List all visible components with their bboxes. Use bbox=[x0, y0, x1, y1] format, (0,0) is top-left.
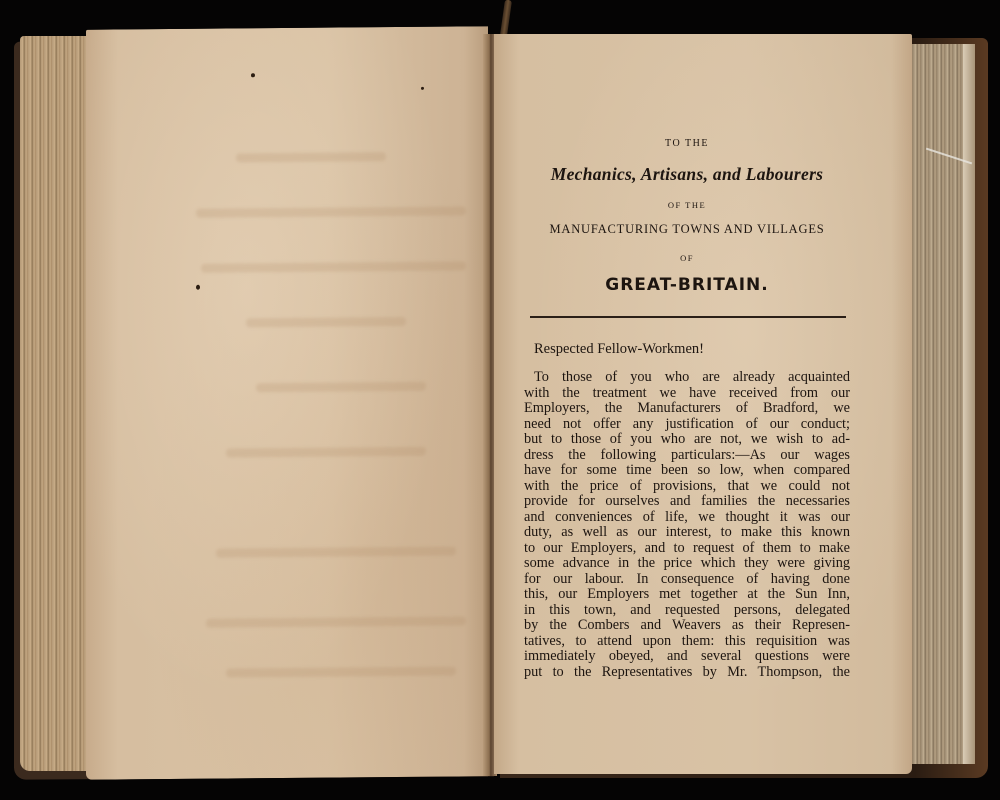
body-line: but to those of you who are not, we wish… bbox=[524, 432, 850, 448]
salutation: Respected Fellow-Workmen! bbox=[524, 341, 850, 358]
body-line: duty, as well as our interest, to make t… bbox=[524, 525, 850, 541]
body-line: provide for ourselves and families the n… bbox=[524, 494, 850, 510]
left-page-edges bbox=[20, 36, 92, 771]
book-photo: TO THE Mechanics, Artisans, and Labourer… bbox=[0, 0, 1000, 800]
heading-rule bbox=[530, 316, 846, 318]
body-line: to our Employers, and to request of them… bbox=[524, 541, 850, 557]
right-page: TO THE Mechanics, Artisans, and Labourer… bbox=[494, 34, 912, 774]
body-line: this, our Employers met together at the … bbox=[524, 587, 850, 603]
body-line: dress the following particulars:—As our … bbox=[524, 448, 850, 464]
body-line: in this town, and requested persons, del… bbox=[524, 603, 850, 619]
show-through-text bbox=[236, 152, 386, 162]
show-through-text bbox=[206, 616, 466, 627]
body-line: with the treatment we have received from… bbox=[524, 386, 850, 402]
body-line: some advance in the price which they wer… bbox=[524, 556, 850, 572]
heading-of-the: OF THE bbox=[524, 200, 850, 210]
body-line: with the price of provisions, that we co… bbox=[524, 479, 850, 495]
ink-spot bbox=[251, 73, 255, 77]
ink-spot bbox=[421, 87, 424, 90]
body-line: immediately obeyed, and several question… bbox=[524, 649, 850, 665]
body-line: and conveniences of life, we thought it … bbox=[524, 510, 850, 526]
heading-great-britain: GREAT-BRITAIN. bbox=[524, 275, 850, 295]
show-through-text bbox=[226, 447, 426, 458]
show-through-text bbox=[246, 317, 406, 327]
show-through-text bbox=[256, 382, 426, 392]
heading-of: OF bbox=[524, 253, 850, 263]
body-line: for our labour. In consequence of having… bbox=[524, 572, 850, 588]
ink-spot bbox=[196, 285, 200, 290]
heading-manufacturing: MANUFACTURING TOWNS AND VILLAGES bbox=[524, 222, 850, 237]
body-line: put to the Representatives by Mr. Thomps… bbox=[524, 665, 850, 681]
body-line: need not offer any justification of our … bbox=[524, 417, 850, 433]
show-through-text bbox=[216, 547, 456, 558]
heading-to-the: TO THE bbox=[524, 138, 850, 149]
body-line: by the Combers and Weavers as their Repr… bbox=[524, 618, 850, 634]
show-through-text bbox=[226, 667, 456, 678]
left-page bbox=[86, 26, 488, 780]
body-line: Employers, the Manufacturers of Bradford… bbox=[524, 401, 850, 417]
show-through-text bbox=[196, 206, 466, 217]
body-line: To those of you who are already acquaint… bbox=[524, 370, 850, 386]
show-through-text bbox=[201, 261, 466, 272]
body-paragraph: To those of you who are already acquaint… bbox=[524, 370, 850, 680]
body-line: tatives, to attend upon them: this requi… bbox=[524, 634, 850, 650]
heading-mechanics: Mechanics, Artisans, and Labourers bbox=[524, 164, 850, 185]
body-line: have for some time been so low, when com… bbox=[524, 463, 850, 479]
